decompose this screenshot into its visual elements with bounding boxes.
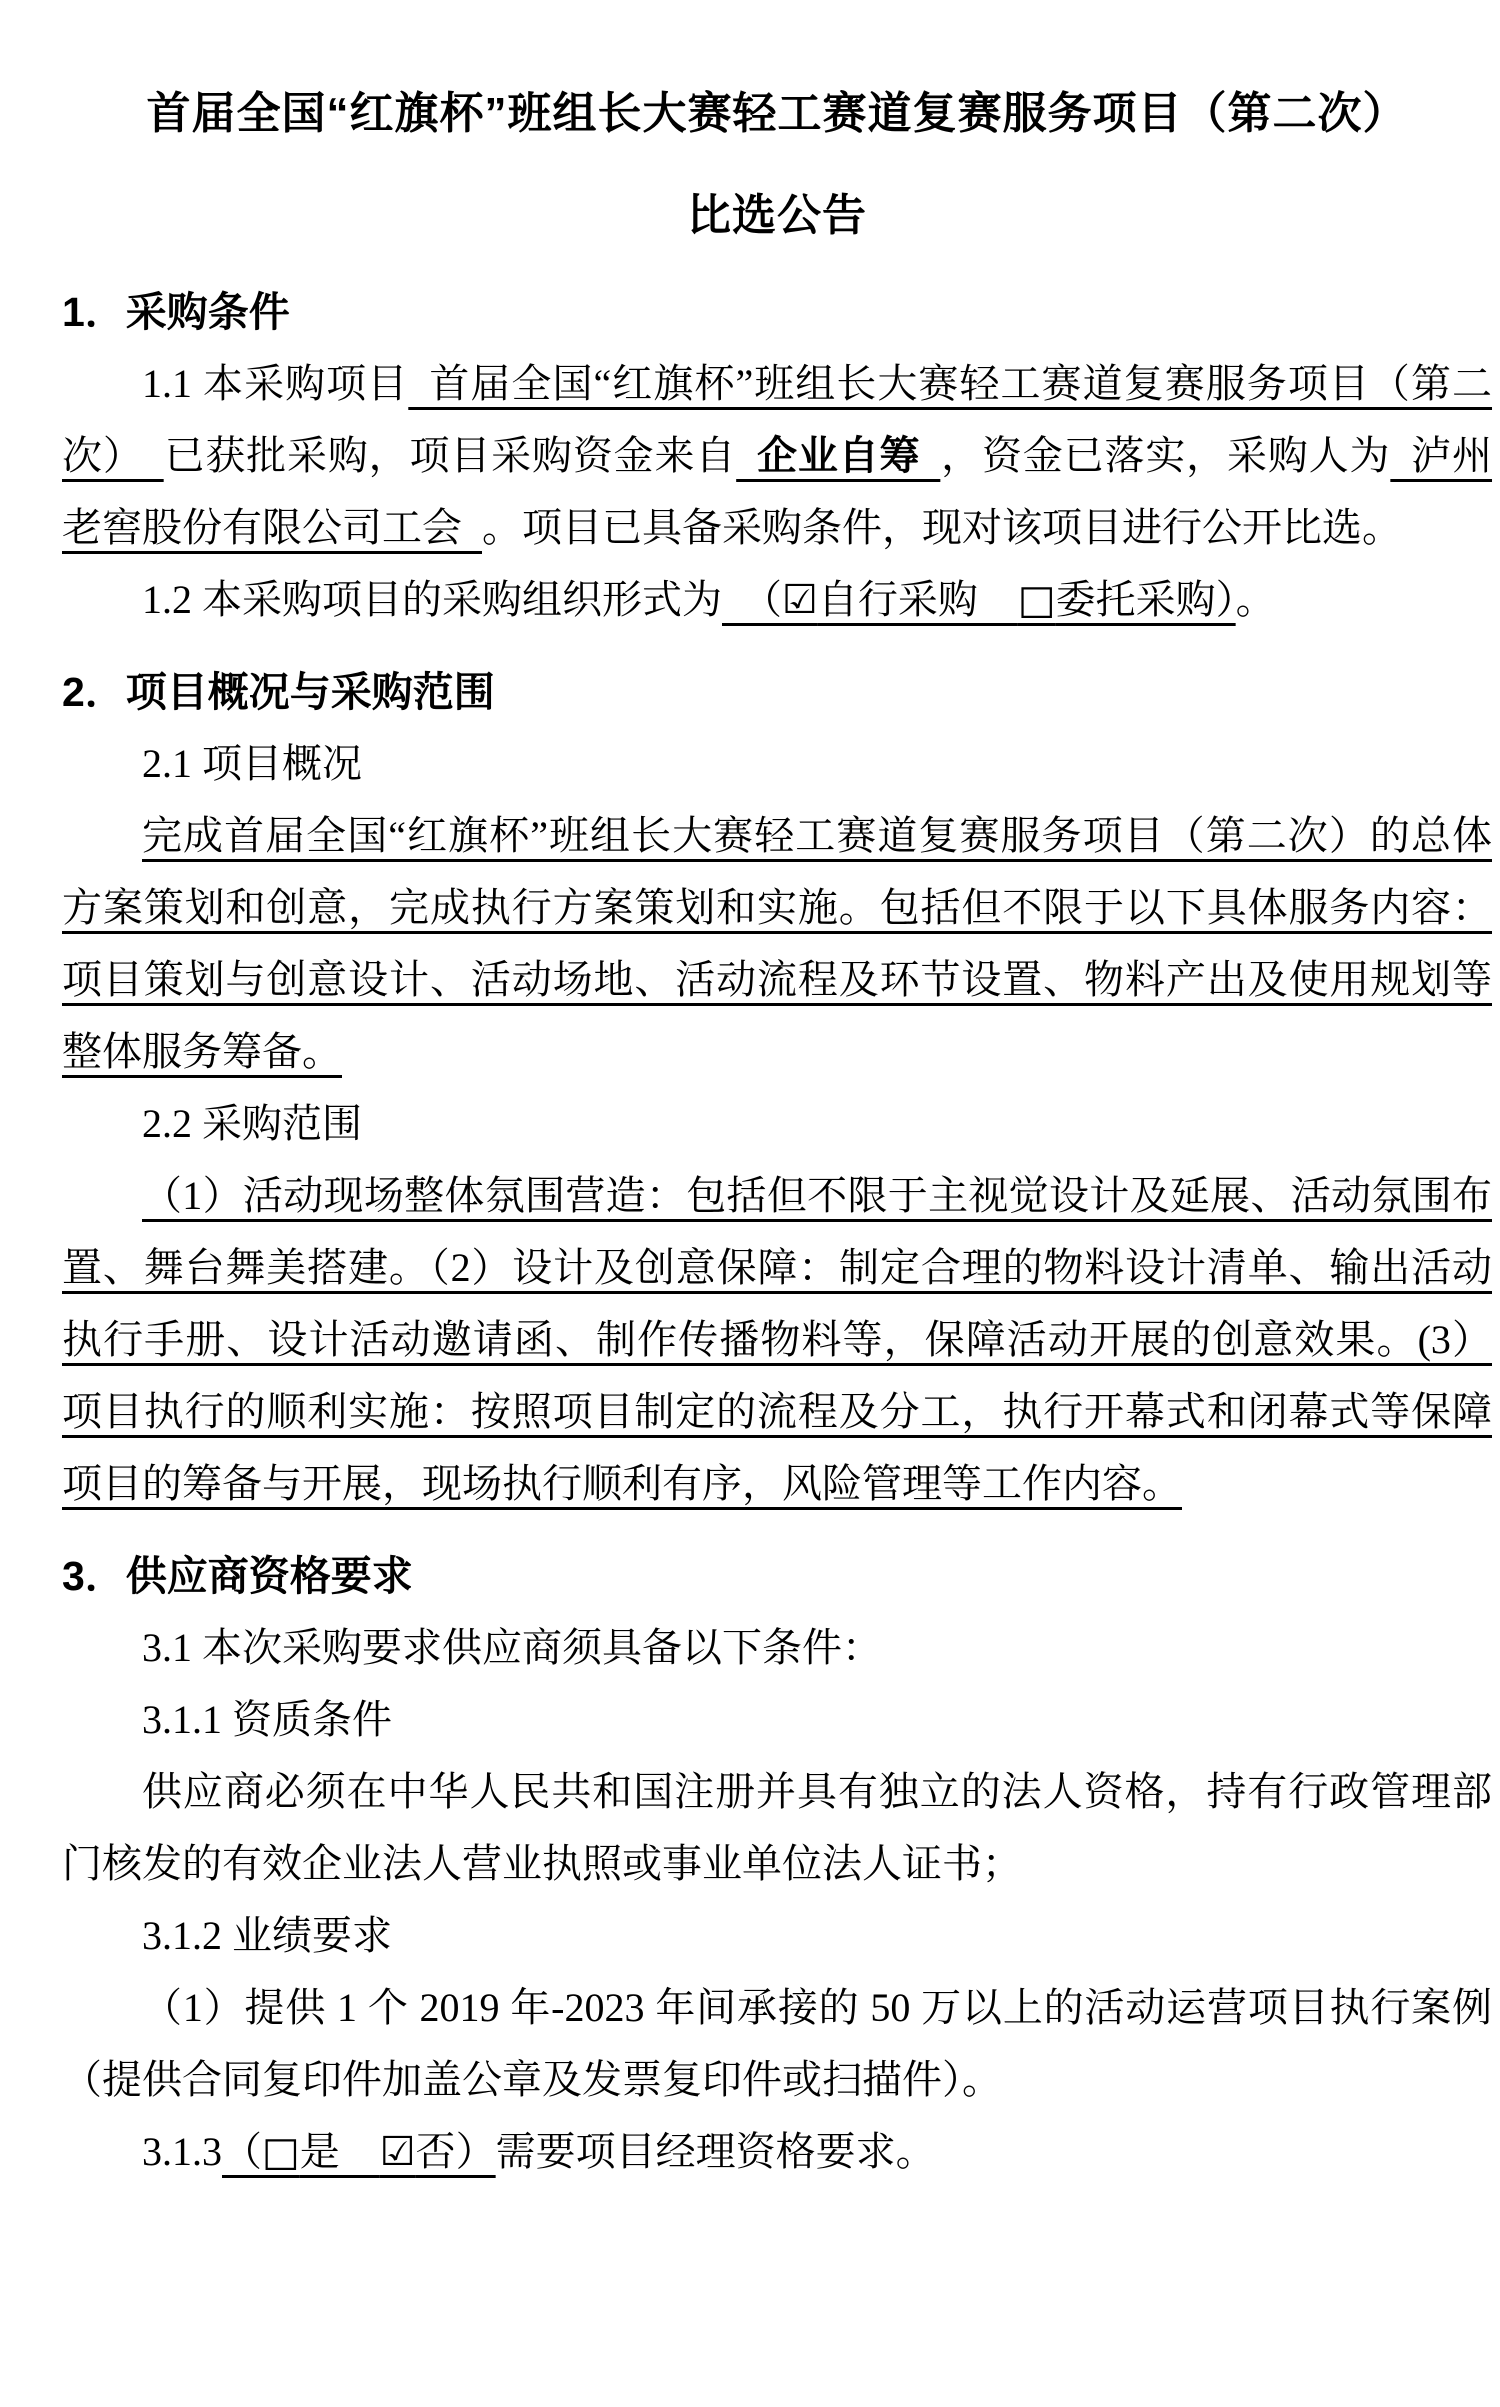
checkbox-unchecked-icon: □ bbox=[1018, 577, 1056, 623]
pm-requirement-yes-label: 是 bbox=[300, 2129, 380, 2174]
clause-1-1-mid2: ，资金已落实，采购人为 bbox=[940, 433, 1390, 478]
clause-2-1-heading: 2.1 项目概况 bbox=[62, 728, 1492, 800]
checkbox-unchecked-icon: □ bbox=[262, 2129, 300, 2175]
clause-3-1-3-lead: 3.1.3 bbox=[142, 2129, 222, 2174]
clause-3-1: 3.1 本次采购要求供应商须具备以下条件： bbox=[62, 1612, 1492, 1684]
procurement-form-underlined: （☑自行采购 □委托采购） bbox=[722, 577, 1236, 622]
clause-3-1-3-tail: 需要项目经理资格要求。 bbox=[496, 2129, 936, 2174]
clause-1-1-mid1: 已获批采购，项目采购资金来自 bbox=[164, 433, 737, 478]
checkbox-checked-icon: ☑ bbox=[380, 2129, 416, 2175]
document-subtitle: 比选公告 bbox=[62, 180, 1492, 252]
document-page: 首届全国“红旗杯”班组长大赛轻工赛道复赛服务项目（第二次） 比选公告 1．采购条… bbox=[0, 0, 1500, 2407]
clause-3-1-3: 3.1.3（□是 ☑否）需要项目经理资格要求。 bbox=[62, 2116, 1492, 2188]
clause-3-1-2-heading: 3.1.2 业绩要求 bbox=[62, 1900, 1492, 1972]
clause-1-1-tail: 。项目已具备采购条件，现对该项目进行公开比选。 bbox=[482, 505, 1402, 550]
checkbox-checked-icon: ☑ bbox=[782, 577, 818, 623]
clause-2-2-heading: 2.2 采购范围 bbox=[62, 1088, 1492, 1160]
self-procurement-label: 自行采购 bbox=[818, 577, 1018, 622]
clause-2-1-body: 完成首届全国“红旗杯”班组长大赛轻工赛道复赛服务项目（第二次）的总体方案策划和创… bbox=[62, 800, 1492, 1088]
section-2-heading: 2．项目概况与采购范围 bbox=[62, 656, 1492, 728]
clause-1-2: 1.2 本采购项目的采购组织形式为 （☑自行采购 □委托采购）。 bbox=[62, 564, 1492, 636]
document-title: 首届全国“红旗杯”班组长大赛轻工赛道复赛服务项目（第二次） bbox=[62, 78, 1492, 150]
clause-1-1: 1.1 本采购项目 首届全国“红旗杯”班组长大赛轻工赛道复赛服务项目（第二次） … bbox=[62, 348, 1492, 564]
project-overview-underlined: 完成首届全国“红旗杯”班组长大赛轻工赛道复赛服务项目（第二次）的总体方案策划和创… bbox=[62, 813, 1492, 1074]
clause-1-1-lead: 1.1 本采购项目 bbox=[142, 361, 408, 406]
clause-3-1-1-body: 供应商必须在中华人民共和国注册并具有独立的法人资格，持有行政管理部门核发的有效企… bbox=[62, 1756, 1492, 1900]
procurement-scope-underlined: （1）活动现场整体氛围营造：包括但不限于主视觉设计及延展、活动氛围布置、舞台舞美… bbox=[62, 1173, 1492, 1506]
pm-requirement-no-label: 否） bbox=[416, 2129, 496, 2174]
delegated-procurement-label: 委托采购） bbox=[1056, 577, 1236, 622]
clause-1-2-tail: 。 bbox=[1236, 577, 1276, 622]
pm-requirement-open-paren: （ bbox=[222, 2129, 262, 2174]
clause-3-1-2-body: （1）提供 1 个 2019 年-2023 年间承接的 50 万以上的活动运营项… bbox=[62, 1972, 1492, 2116]
section-1-heading: 1．采购条件 bbox=[62, 276, 1492, 348]
funding-source-underlined: 企业自筹 bbox=[736, 433, 940, 478]
clause-3-1-1-heading: 3.1.1 资质条件 bbox=[62, 1684, 1492, 1756]
clause-1-2-lead: 1.2 本采购项目的采购组织形式为 bbox=[142, 577, 722, 622]
pm-requirement-underlined: （□是 ☑否） bbox=[222, 2129, 496, 2174]
clause-2-2-body: （1）活动现场整体氛围营造：包括但不限于主视觉设计及延展、活动氛围布置、舞台舞美… bbox=[62, 1160, 1492, 1520]
procurement-form-open-paren: （ bbox=[722, 577, 782, 622]
section-3-heading: 3．供应商资格要求 bbox=[62, 1540, 1492, 1612]
